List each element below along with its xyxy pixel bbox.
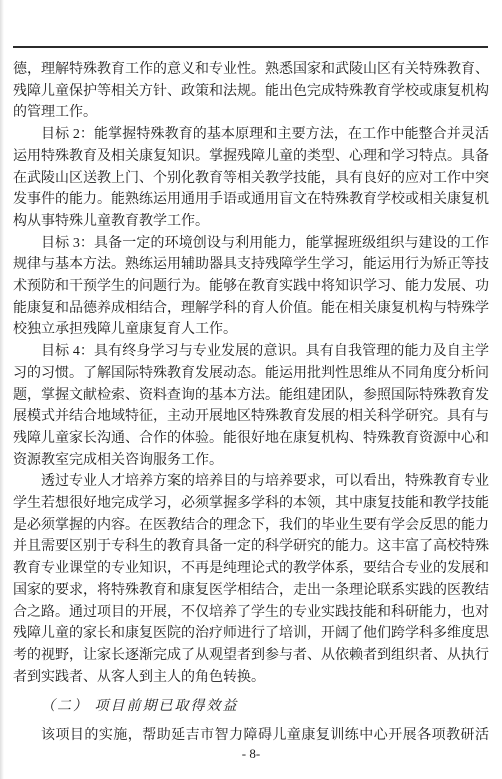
paragraph: 目标 3：具备一定的环境创设与利用能力，能掌握班级组织与建设的工作规律与基本方法… (13, 233, 489, 342)
text-line: 残障儿童保护等相关方针、政策和法规。能出色完成特殊教育学校或康复机构 (13, 81, 489, 103)
text-line: 合之路。通过项目的开展，不仅培养了学生的专业实践技能和科研能力，也对 (13, 602, 489, 624)
paragraph: 透过专业人才培养方案的培养目的与培养要求，可以看出，特殊教育专业学生若想很好地完… (13, 471, 489, 688)
text-line: 能康复和品德养成相结合，理解学科的育人价值。能在相关康复机构与特殊学 (13, 298, 489, 320)
text-line: 考的视野，让家长逐渐完成了从观望者到参与者、从依赖者到组织者、从执行 (13, 645, 489, 667)
text-line: 术预防和干预学生的问题行为。能够在教育实践中将知识学习、能力发展、功 (13, 276, 489, 298)
text-line: 并且需要区别于专科生的教育具备一定的科学研究的能力。这丰富了高校特殊 (13, 536, 489, 558)
text-line: 在武陵山区送教上门、个别化教育等相关教学技能，具有良好的应对工作中突 (13, 168, 489, 190)
text-line: （二） 项目前期已取得效益 (13, 696, 489, 718)
text-line: 透过专业人才培养方案的培养目的与培养要求，可以看出，特殊教育专业 (13, 471, 489, 493)
paragraph: 该项目的实施，帮助延吉市智力障碍儿童康复训练中心开展各项教研活 (13, 725, 489, 747)
text-line: 发事件的能力。能熟练运用通用手语或通用盲文在特殊教育学校或相关康复机 (13, 189, 489, 211)
text-line: 展模式并结合地域特征，主动开展地区特殊教育发展的相关科学研究。具有与 (13, 406, 489, 428)
text-line: 构从事特殊儿童教育教学工作。 (13, 211, 489, 233)
page-body-text: 德，理解特殊教育工作的意义和专业性。熟悉国家和武陵山区有关特殊教育、残障儿童保护… (13, 59, 489, 746)
text-line: 题，掌握文献检索、资料查询的基本方法。能组建团队，参照国际特殊教育发 (13, 385, 489, 407)
text-line: 者到实践者、从客人到主人的角色转换。 (13, 667, 489, 689)
paragraph: 目标 2：能掌握特殊教育的基本原理和主要方法，在工作中能整合并灵活运用特殊教育及… (13, 124, 489, 233)
text-line: 残障儿童家长沟通、合作的体验。能很好地在康复机构、特殊教育资源中心和 (13, 428, 489, 450)
text-line: 目标 2：能掌握特殊教育的基本原理和主要方法，在工作中能整合并灵活 (13, 124, 489, 146)
text-line: 目标 4：具有终身学习与专业发展的意识。具有自我管理的能力及自主学 (13, 341, 489, 363)
text-line: 学生若想很好地完成学习，必须掌握多学科的本领，其中康复技能和教学技能 (13, 493, 489, 515)
document-page: 德，理解特殊教育工作的意义和专业性。熟悉国家和武陵山区有关特殊教育、残障儿童保护… (0, 0, 502, 779)
header-rule (13, 46, 488, 48)
section-heading: （二） 项目前期已取得效益 (13, 696, 489, 718)
page-number: - 8- (0, 746, 502, 762)
text-line: 德，理解特殊教育工作的意义和专业性。熟悉国家和武陵山区有关特殊教育、 (13, 59, 489, 81)
text-line: 国家的要求，将特殊教育和康复医学相结合，走出一条理论联系实践的医教结 (13, 580, 489, 602)
text-line: 习的习惯。了解国际特殊教育发展动态。能运用批判性思维从不同角度分析问 (13, 363, 489, 385)
text-line: 校独立承担残障儿童康复育人工作。 (13, 319, 489, 341)
text-line: 资源教室完成相关咨询服务工作。 (13, 450, 489, 472)
paragraph: 德，理解特殊教育工作的意义和专业性。熟悉国家和武陵山区有关特殊教育、残障儿童保护… (13, 59, 489, 124)
paragraph: 目标 4：具有终身学习与专业发展的意识。具有自我管理的能力及自主学习的习惯。了解… (13, 341, 489, 471)
text-line: 教育专业课堂的专业知识，不再是纯理论式的教学体系，要结合专业的发展和 (13, 558, 489, 580)
text-line: 是必须掌握的内容。在医教结合的理念下，我们的毕业生要有学会反思的能力 (13, 515, 489, 537)
text-line: 该项目的实施，帮助延吉市智力障碍儿童康复训练中心开展各项教研活 (13, 725, 489, 747)
text-line: 残障儿童的家长和康复医院的治疗师进行了培训，开阔了他们跨学科多维度思 (13, 623, 489, 645)
text-line: 运用特殊教育及相关康复知识。掌握残障儿童的类型、心理和学习特点。具备 (13, 146, 489, 168)
text-line: 的管理工作。 (13, 102, 489, 124)
text-line: 目标 3：具备一定的环境创设与利用能力，能掌握班级组织与建设的工作 (13, 233, 489, 255)
text-line: 规律与基本方法。熟练运用辅助器具支持残障学生学习，能运用行为矫正等技 (13, 254, 489, 276)
